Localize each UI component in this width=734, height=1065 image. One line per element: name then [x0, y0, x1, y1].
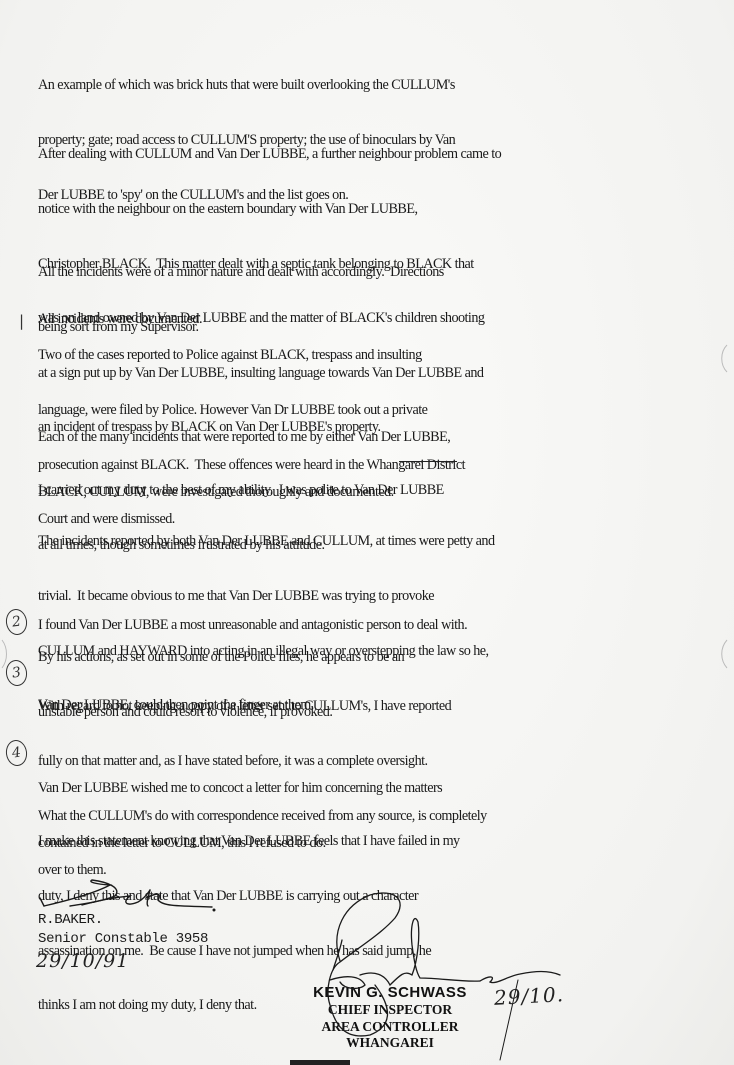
text-line: I make this statement knowing that Van D… — [38, 832, 728, 850]
scan-edge-mark — [290, 1060, 350, 1065]
handwritten-date-2: 29/10. — [493, 982, 564, 1010]
margin-number-3: 3 — [4, 659, 28, 688]
text-line: The incidents reported by both Van Der L… — [38, 532, 728, 550]
stamp-line: WHANGAREI — [300, 1035, 480, 1052]
margin-mark-icon — [2, 640, 7, 668]
signatory-title: Senior Constable 3958 — [38, 930, 208, 949]
margin-number-2: 2 — [4, 608, 28, 637]
stamp-name: KEVIN G. SCHWASS — [300, 984, 480, 1002]
underline-polite — [399, 461, 457, 462]
document-page: An example of which was brick huts that … — [0, 0, 734, 1065]
official-stamp: KEVIN G. SCHWASS CHIEF INSPECTOR AREA CO… — [300, 984, 480, 1052]
stamp-line: AREA CONTROLLER — [300, 1019, 480, 1036]
text-line: notice with the neighbour on the eastern… — [38, 200, 728, 218]
stamp-line: CHIEF INSPECTOR — [300, 1002, 480, 1019]
text-line: duty, I deny this and state that Van Der… — [38, 887, 728, 905]
text-line: Two of the cases reported to Police agai… — [38, 346, 728, 364]
signatory-name: R.BAKER. — [38, 911, 103, 930]
text-line: An example of which was brick huts that … — [38, 76, 728, 94]
handwritten-date-1: 29/10/91 — [36, 950, 129, 972]
text-line: Van Der LUBBE wished me to concoct a let… — [38, 779, 728, 797]
text-line: Each of the many incidents that were rep… — [38, 428, 728, 446]
text-line: After dealing with CULLUM and Van Der LU… — [38, 145, 728, 163]
margin-tick-mark: | — [19, 312, 24, 330]
text-line: With regard to not keeping a copy of a l… — [38, 697, 728, 715]
margin-number-4: 4 — [4, 739, 28, 768]
